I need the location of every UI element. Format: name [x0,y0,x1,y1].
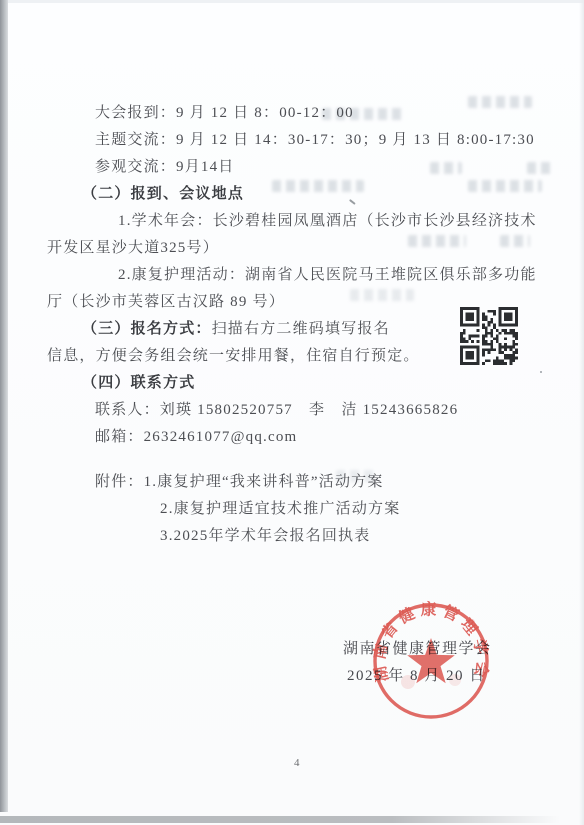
doc-line-venue2-wrap: 厅（长沙市芙蓉区古汉路 89 号） [47,293,285,311]
doc-line-text: 邮箱：2632461077@qq.com [95,429,297,445]
page-edge-right [579,0,584,825]
doc-line-attachment3: 3.2025年学术年会报名回执表 [160,527,370,545]
doc-line-text: 扫描右方二维码填写报名 [212,321,390,337]
doc-line-text: 开发区星沙大道325号） [47,240,219,256]
doc-line-venue2: 2.康复护理活动：湖南省人民医院马王堆院区俱乐部多功能 [118,266,537,284]
bleedthrough-mark [468,180,542,192]
scan-stray-mark [349,199,355,205]
qr-code-icon [460,307,518,365]
doc-line-venue1: 1.学术年会：长沙碧桂园凤凰酒店（长沙市长沙县经济技术 [118,212,537,230]
page-edge-bottom [0,816,560,823]
doc-line-text: 主题交流：9 月 12 日 14：30-17：30；9 月 13 日 8:00-… [95,132,535,148]
seal-smudge [449,674,461,686]
doc-line-attachment2: 2.康复护理适宜技术推广活动方案 [160,500,400,518]
doc-heading-registration-method: （三）报名方式：扫描右方二维码填写报名 [82,320,390,338]
doc-heading-contact: （四）联系方式 [82,374,195,392]
doc-line-text: 参观交流：9月14日 [95,159,235,175]
scanned-document-page: 大会报到：9 月 12 日 8：00-12：00 主题交流：9 月 12 日 1… [0,0,584,825]
doc-line-email: 邮箱：2632461077@qq.com [95,428,297,446]
bleedthrough-mark [408,235,466,247]
doc-line-registration-time: 大会报到：9 月 12 日 8：00-12：00 [95,104,354,122]
doc-line-bold: （二）报到、会议地点 [82,186,244,202]
doc-line-contacts: 联系人：刘瑛 15802520757 李 洁 15243665826 [95,401,458,419]
doc-line-registration-wrap: 信息，方便会务组会统一安排用餐，住宿自行预定。 [47,347,420,365]
doc-line-text: 2.康复护理适宜技术推广活动方案 [160,501,400,517]
bleedthrough-mark [500,235,530,247]
bleedthrough-mark [527,162,555,174]
doc-line-text: 1.学术年会：长沙碧桂园凤凰酒店（长沙市长沙县经济技术 [118,213,537,229]
doc-heading-venue: （二）报到、会议地点 [82,185,244,203]
page-edge-top [8,0,584,3]
doc-line-text: 大会报到：9 月 12 日 8：00-12：00 [95,105,354,121]
bleedthrough-mark [430,162,462,174]
doc-line-theme-exchange: 主题交流：9 月 12 日 14：30-17：30；9 月 13 日 8:00-… [95,131,535,149]
bleedthrough-mark [350,289,414,301]
doc-line-text: 3.2025年学术年会报名回执表 [160,528,370,544]
bleedthrough-mark [468,96,532,108]
scan-speck [540,371,542,373]
doc-line-text: 联系人：刘瑛 15802520757 李 洁 15243665826 [95,402,458,418]
official-seal: 湖南省健康管理学会 [370,600,492,722]
seal-smudge [401,675,415,689]
doc-line-venue1-wrap: 开发区星沙大道325号） [47,239,219,257]
doc-line-bold: （三）报名方式： [82,321,212,337]
doc-line-text: 信息，方便会务组会统一安排用餐，住宿自行预定。 [47,348,420,364]
doc-line-text: 厅（长沙市芙蓉区古汉路 89 号） [47,294,285,310]
doc-line-text: 附件：1.康复护理“我来讲科普”活动方案 [95,474,384,490]
page-edge-left [0,0,8,812]
star-icon [407,638,455,683]
doc-line-visit-exchange: 参观交流：9月14日 [95,158,235,176]
doc-line-text: 2.康复护理活动：湖南省人民医院马王堆院区俱乐部多功能 [118,267,537,283]
page-number: 4 [294,757,300,769]
bleedthrough-mark [272,180,364,192]
doc-line-attachment1: 附件：1.康复护理“我来讲科普”活动方案 [95,473,384,491]
doc-line-bold: （四）联系方式 [82,375,195,391]
